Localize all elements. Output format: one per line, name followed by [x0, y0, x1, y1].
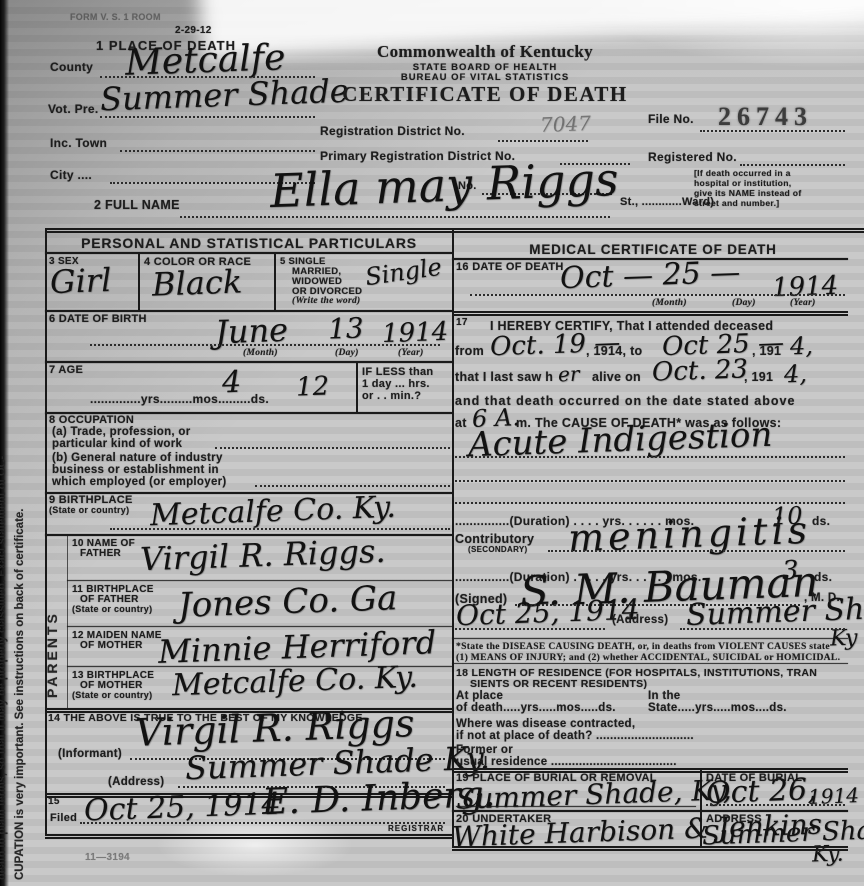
former-residence-line1: Former or — [456, 744, 513, 756]
last-saw-pronoun-handwritten: er — [558, 362, 580, 387]
at-time-label: at — [455, 416, 467, 430]
birthplace-handwritten: Metcalfe Co. Ky. — [149, 490, 396, 534]
hospital-note-line1: [If death occurred in a — [694, 168, 791, 178]
registered-no-dots — [740, 164, 845, 166]
file-no-dots — [700, 130, 845, 132]
mother-name-label-2: OF MOTHER — [80, 640, 143, 651]
cause-dots-line1 — [455, 456, 845, 458]
file-no-label: File No. — [648, 112, 694, 126]
age-units-row: ..............yrs.........mos.........ds… — [90, 392, 269, 406]
parents-vertical-label: PARENTS — [44, 548, 60, 698]
registered-no-label: Registered No. — [648, 150, 737, 164]
full-name-dots — [180, 216, 610, 218]
date-of-death-label: 16 DATE OF DEATH — [456, 261, 564, 273]
birthplace-subcaption: (State or country) — [49, 505, 129, 515]
registrar-caption: REGISTRAR — [388, 824, 444, 833]
dod-year-caption: (Year) — [790, 298, 816, 308]
occupation-a-line1: (a) Trade, profession, or — [52, 426, 191, 438]
signed-date-handwritten: Oct 25, 1914 — [455, 593, 640, 632]
footnote-top-line — [452, 638, 848, 639]
father-name-label-2: FATHER — [80, 548, 121, 559]
occupation-a-dots — [215, 447, 450, 449]
row6-bottom-line — [45, 361, 452, 363]
occupation-label: 8 OCCUPATION — [49, 414, 134, 426]
personal-section-title: PERSONAL AND STATISTICAL PARTICULARS — [48, 235, 450, 251]
inc-town-label: Inc. Town — [50, 136, 107, 150]
contributory-label: Contributory — [455, 532, 534, 546]
certificate-of-death-title: CERTIFICATE OF DEATH — [320, 82, 650, 107]
last-saw-label: that I last saw h — [455, 370, 553, 384]
in-state-label-line1: In the — [648, 690, 680, 702]
attended-join-label: , 1914, to — [586, 344, 643, 358]
death-certificate-scan: death in plain terms, so that it may be … — [0, 0, 864, 886]
father-name-handwritten: Virgil R. Riggs. — [139, 532, 386, 579]
dob-dots — [90, 344, 440, 346]
hospital-note-line2: hospital or institution, — [694, 178, 791, 188]
occupation-b-line3: which employed (or employer) — [52, 476, 227, 488]
parents-inner-divider — [67, 534, 68, 708]
signed-address-dots — [680, 628, 845, 630]
cause-dots-line2 — [455, 480, 845, 482]
father-birthplace-subcaption: (State or country) — [72, 604, 152, 614]
alive-on-label: alive on — [592, 370, 641, 384]
residence-label-line2: SIENTS OR RECENT RESIDENTS) — [470, 678, 647, 690]
race-marital-divider — [274, 252, 276, 310]
date-of-death-dots — [470, 294, 845, 296]
cause-duration-ds-label: ds. — [812, 514, 830, 528]
in-state-label-line2: State.....yrs.....mos....ds. — [648, 702, 787, 714]
birthplace-dots — [110, 528, 450, 530]
registration-district-handwritten: 7047 — [540, 111, 592, 137]
dob-month-caption: (Month) — [243, 348, 278, 358]
at-place-label-line1: At place — [456, 690, 503, 702]
if-less-line1: IF LESS than — [362, 366, 433, 378]
hospital-note-line4: street and number.] — [694, 198, 779, 208]
if-less-line3: or . . min.? — [362, 390, 421, 402]
contributory-dots — [548, 550, 845, 552]
dod-bottom-line — [452, 311, 848, 313]
voting-precinct-handwritten: Summer Shade — [99, 72, 349, 119]
disease-contracted-line2: if not at place of death? ..............… — [456, 730, 694, 742]
inc-town-dots — [120, 150, 315, 152]
marital-handwritten: Single — [363, 253, 443, 291]
age-days-handwritten: 12 — [295, 371, 329, 402]
if-less-line2: 1 day ... hrs. — [362, 378, 430, 390]
margin-instruction-outer: death in plain terms, so that it may be … — [0, 40, 8, 880]
attended-to-year-digit: 4, — [790, 332, 814, 361]
signed-address-label: (Address) — [612, 614, 668, 626]
filed-item-number: 15 — [48, 796, 60, 807]
dob-label: 6 DATE OF BIRTH — [49, 313, 147, 325]
county-label: County — [50, 60, 93, 74]
race-handwritten: Black — [151, 262, 242, 303]
former-residence-line2: usual residence ........................… — [456, 756, 677, 768]
burial-place-underline — [456, 806, 696, 807]
father-birthplace-handwritten: Jones Co. Ga — [177, 578, 398, 626]
occupation-a-line2: particular kind of work — [52, 438, 182, 450]
burial-top-line — [452, 768, 848, 770]
left-column-bottom-line — [45, 834, 452, 836]
age-months-handwritten: 4 — [221, 365, 241, 401]
full-name-handwritten: Ella may Riggs — [269, 152, 619, 218]
sex-handwritten: Girl — [49, 261, 112, 301]
age-ifless-divider — [356, 361, 358, 412]
occupation-b-dots — [255, 485, 450, 487]
dod-day-caption: (Day) — [732, 298, 756, 308]
attended-from-label: from — [455, 344, 484, 358]
filed-label: Filed — [50, 812, 77, 824]
last-seen-date-handwritten: Oct. 23 — [652, 354, 749, 387]
occupation-b-line2: business or establishment in — [52, 464, 219, 476]
attended-to-year-prefix: , 191 — [752, 344, 781, 358]
right-column-bottom-line — [452, 846, 848, 848]
hospital-note-line3: give its NAME instead of — [694, 188, 801, 198]
at-place-label-line2: of death.....yrs.....mos.....ds. — [456, 702, 616, 714]
left-border-line — [45, 228, 47, 835]
personal-title-underline — [45, 252, 452, 254]
footnote-line1: *State the DISEASE CAUSING DEATH, or, in… — [456, 641, 830, 652]
form-print-number: 11—3194 — [85, 852, 130, 863]
marital-label-5: (Write the word) — [292, 296, 360, 306]
dob-year-caption: (Year) — [398, 348, 424, 358]
mother-birthplace-handwritten: Metcalfe Co. Ky. — [171, 660, 418, 704]
medical-section-title: MEDICAL CERTIFICATE OF DEATH — [456, 242, 850, 257]
footnote-bottom-line — [452, 663, 848, 664]
footnote-line2: (1) MEANS OF INJURY; and (2) whether ACC… — [456, 652, 840, 663]
burial-date-dots — [706, 804, 845, 806]
contributory-handwritten: meningitis — [567, 508, 811, 560]
informant-label: (Informant) — [58, 748, 122, 760]
header-separator-line — [45, 228, 864, 230]
mother-birthplace-subcaption: (State or country) — [72, 690, 152, 700]
dod-month-caption: (Month) — [652, 298, 687, 308]
occupation-b-line1: (b) General nature of industry — [52, 452, 223, 464]
dob-day-caption: (Day) — [335, 348, 359, 358]
registration-district-label: Registration District No. — [320, 124, 465, 138]
form-number-top: FORM V. S. 1 ROOM — [70, 12, 161, 22]
age-label: 7 AGE — [49, 364, 83, 376]
dob-day-handwritten: 13 — [327, 311, 364, 345]
disease-contracted-line1: Where was disease contracted, — [456, 718, 635, 730]
commonwealth-title: Commonwealth of Kentucky — [330, 42, 640, 62]
last-seen-year-prefix: , 191 — [744, 370, 773, 384]
city-label: City .... — [50, 168, 92, 182]
margin-instruction-inner: CUPATION is very important. See instruct… — [14, 60, 26, 880]
voting-precinct-label: Vot. Pre. — [48, 102, 99, 116]
precinct-dotted-line — [100, 116, 315, 118]
date-of-death-handwritten: Oct — 25 — — [559, 255, 740, 296]
informant-address-label: (Address) — [108, 776, 164, 788]
certify-item-number: 17 — [456, 317, 468, 328]
signed-date-dots — [455, 628, 605, 630]
full-name-label: 2 FULL NAME — [94, 198, 180, 212]
secondary-caption: (SECONDARY) — [468, 545, 527, 554]
file-no-stamp: 26743 — [718, 102, 813, 132]
sex-race-divider — [138, 252, 140, 310]
form-revision-date: 2-29-12 — [175, 25, 212, 36]
last-seen-year-digit: 4, — [784, 360, 808, 389]
registration-district-dots — [498, 140, 588, 142]
